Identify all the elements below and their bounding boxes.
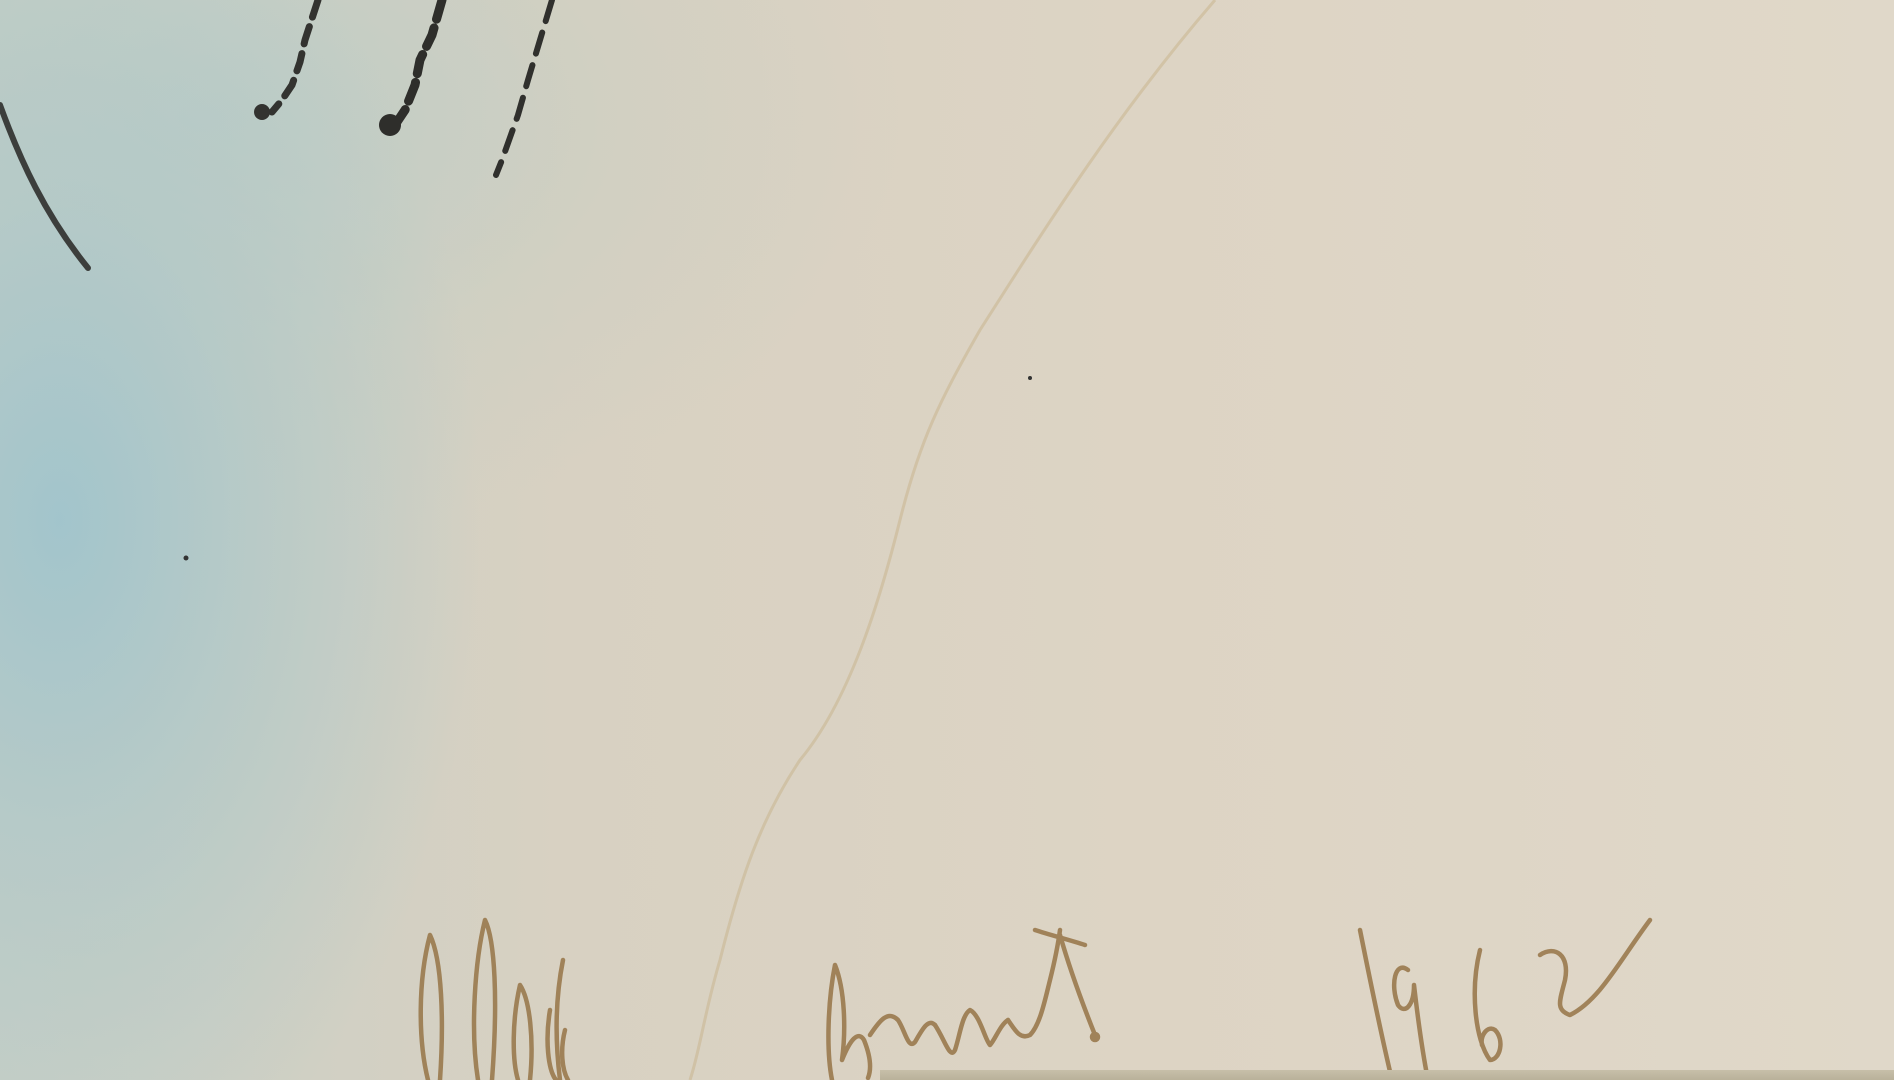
signature — [421, 920, 1650, 1080]
pencil-stroke-1 — [272, 0, 318, 112]
pencil-arc — [0, 105, 88, 268]
water-stain — [690, 0, 1215, 1080]
pencil-stroke-3 — [496, 0, 552, 175]
artwork-marks — [0, 0, 1894, 1080]
artwork-paper: Olen Bryant 1962 — [0, 0, 1894, 1080]
mat-edge — [880, 1070, 1894, 1080]
pencil-stroke-2 — [395, 0, 442, 125]
